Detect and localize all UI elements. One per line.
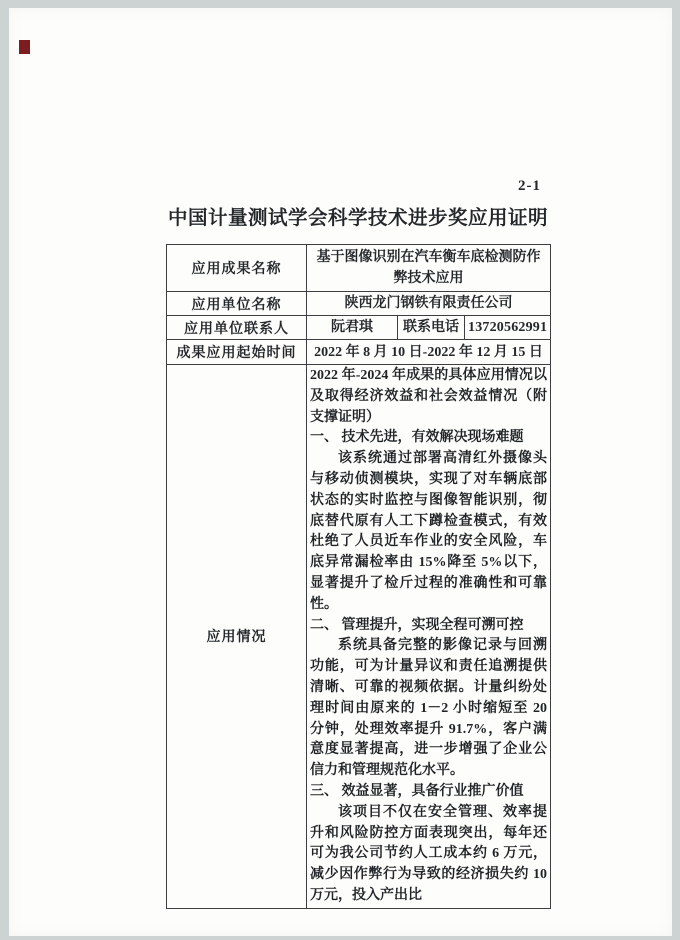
application-paragraph: 二、 管理提升，实现全程可溯可控 (310, 616, 547, 637)
contact-name: 阮君琪 (307, 316, 398, 340)
table-row-contact: 应用单位联系人 阮君琪 联系电话 13720562991 (167, 316, 551, 340)
phone-number: 13720562991 (465, 316, 551, 340)
application-paragraph: 系统具备完整的影像记录与回溯功能，可为计量异议和责任追溯提供清晰、可靠的视频依据… (310, 636, 547, 782)
result-name-value: 基于图像识别在汽车衡车底检测防作弊技术应用 (307, 245, 551, 292)
start-time-value: 2022 年 8 月 10 日-2022 年 12 月 15 日 (307, 340, 551, 365)
start-time-label: 成果应用起始时间 (167, 340, 307, 365)
application-paragraph: 该系统通过部署高清红外摄像头与移动侦测模块，实现了对车辆底部状态的实时监控与图像… (310, 449, 547, 615)
page-number: 2-1 (409, 178, 541, 195)
document-page: 2-1 中国计量测试学会科学技术进步奖应用证明 应用成果名称 基于图像识别在汽车… (9, 8, 672, 936)
table-row-application: 应用情况 2022 年-2024 年成果的具体应用情况以及取得经济效益和社会效益… (167, 365, 551, 909)
unit-name-value: 陕西龙门钢铁有限责任公司 (307, 292, 551, 316)
table-row-start-time: 成果应用起始时间 2022 年 8 月 10 日-2022 年 12 月 15 … (167, 340, 551, 365)
document-title: 中国计量测试学会科学技术进步奖应用证明 (157, 202, 559, 230)
table-row-unit-name: 应用单位名称 陕西龙门钢铁有限责任公司 (167, 292, 551, 316)
contact-label: 应用单位联系人 (167, 316, 307, 340)
application-content: 2022 年-2024 年成果的具体应用情况以及取得经济效益和社会效益情况（附支… (307, 365, 551, 909)
application-paragraph: 一、 技术先进，有效解决现场难题 (310, 428, 547, 449)
application-paragraph: 三、 效益显著，具备行业推广价值 (310, 782, 547, 803)
table-row-result-name: 应用成果名称 基于图像识别在汽车衡车底检测防作弊技术应用 (167, 245, 551, 292)
application-label: 应用情况 (167, 365, 307, 909)
red-stamp-mark (19, 40, 30, 54)
unit-name-label: 应用单位名称 (167, 292, 307, 316)
application-paragraph: 该项目不仅在安全管理、效率提升和风险防控方面表现突出，每年还可为我公司节约人工成… (310, 803, 547, 907)
scanned-document: { "page": { "page_number": "2-1", "title… (0, 0, 680, 940)
application-paragraph: 2022 年-2024 年成果的具体应用情况以及取得经济效益和社会效益情况（附支… (310, 366, 547, 428)
certificate-table: 应用成果名称 基于图像识别在汽车衡车底检测防作弊技术应用 应用单位名称 陕西龙门… (166, 244, 551, 909)
result-name-label: 应用成果名称 (167, 245, 307, 292)
phone-label: 联系电话 (398, 316, 465, 340)
